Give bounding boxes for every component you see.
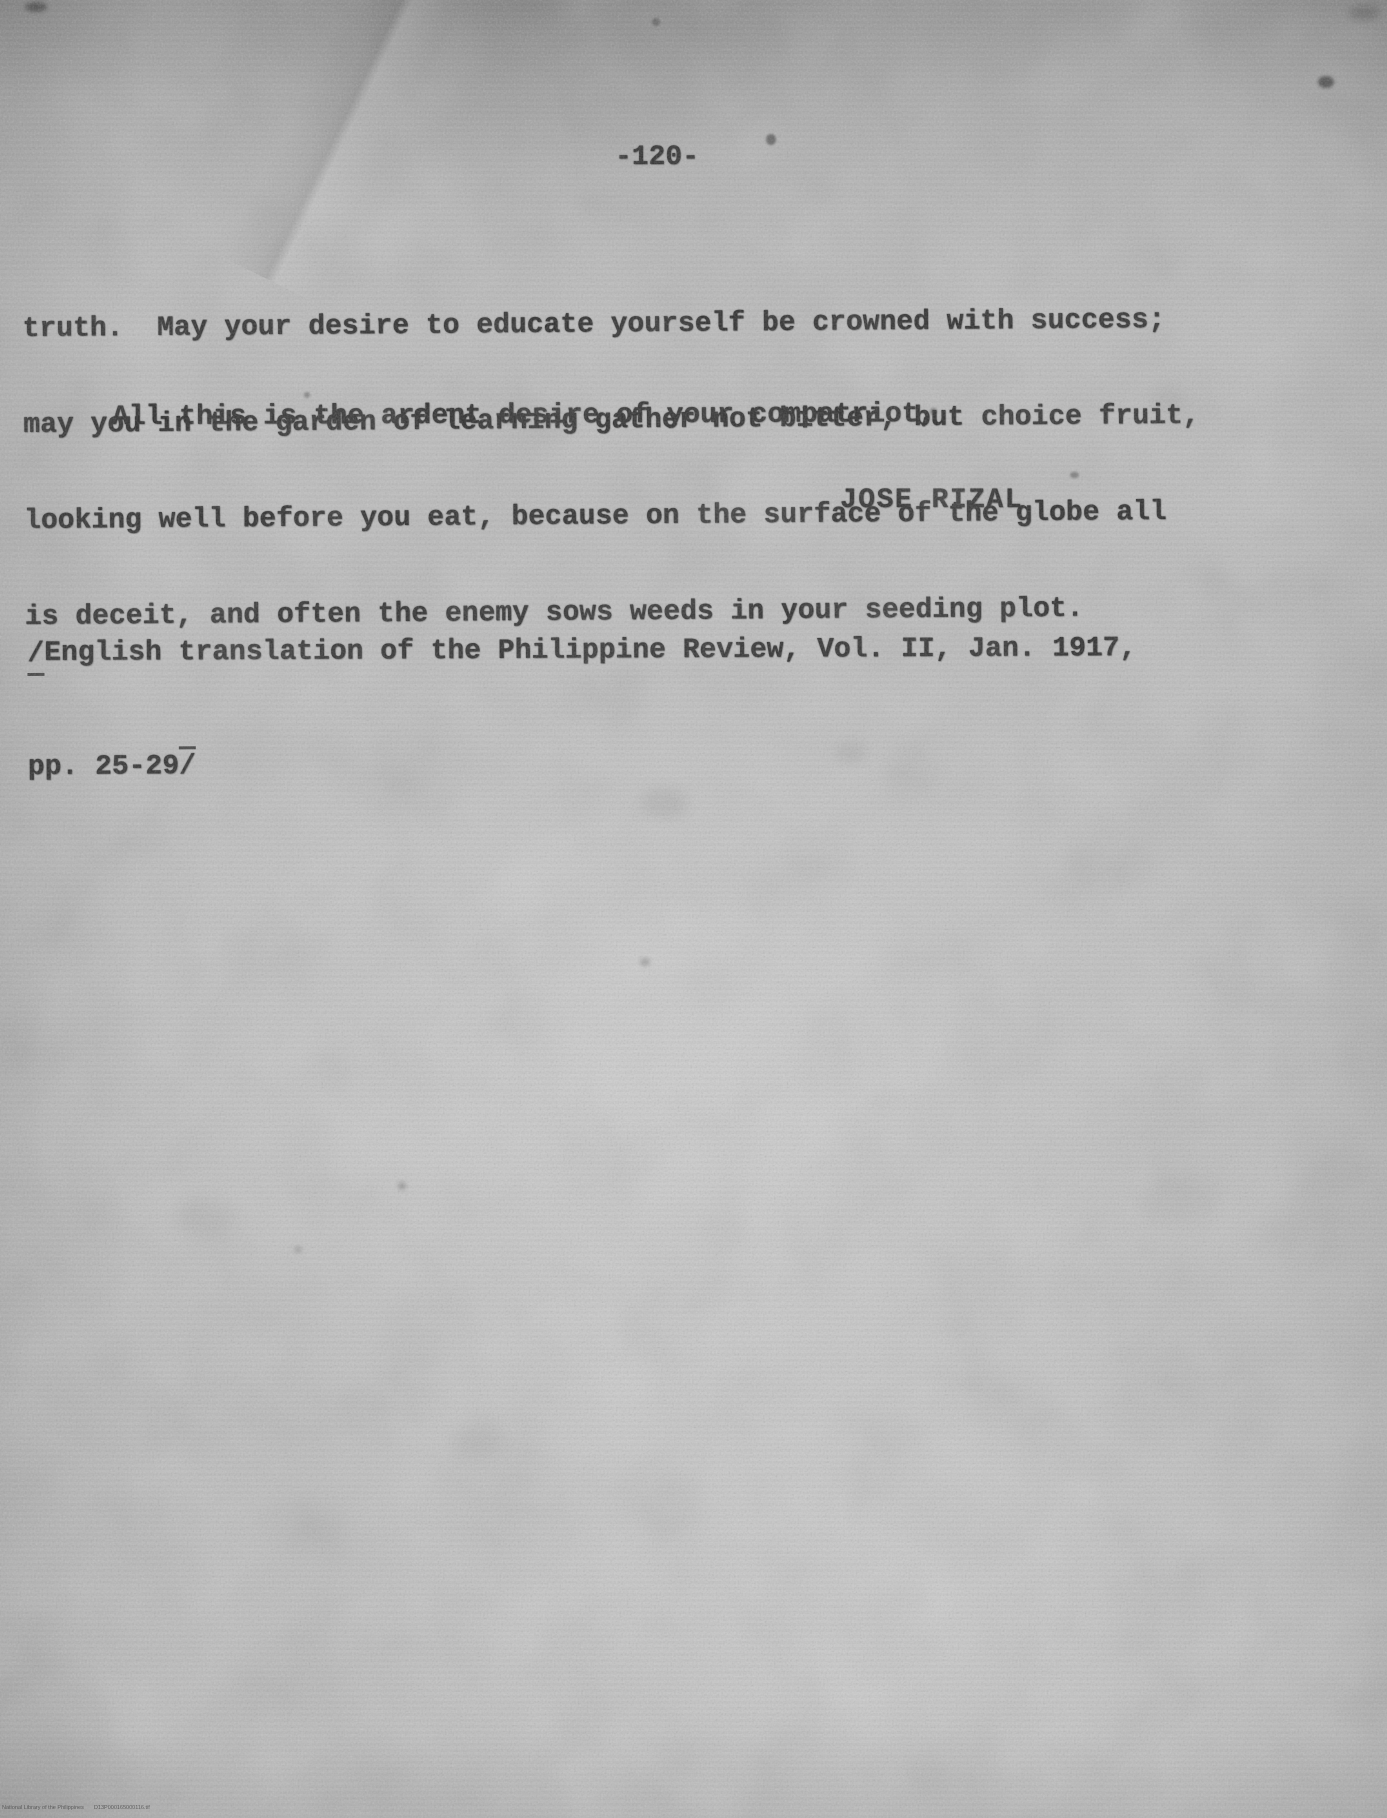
citation-line-2: pp. 25-29/ bbox=[28, 742, 1137, 786]
stain bbox=[1318, 76, 1334, 88]
typed-open-bracket: / bbox=[27, 637, 44, 676]
stain bbox=[176, 1198, 236, 1238]
stain bbox=[25, 2, 47, 12]
page-number: -120- bbox=[615, 142, 699, 173]
citation-text: English translation of the Philippine Re… bbox=[44, 633, 1136, 669]
stain bbox=[398, 1182, 406, 1190]
letter-closing-line: All this is the ardent desire of your co… bbox=[112, 399, 935, 433]
file-id: D13P000165000116.tif bbox=[94, 1805, 150, 1811]
scanned-letter-page: -120- truth. May your desire to educate … bbox=[0, 0, 1387, 1818]
citation-line-1: /English translation of the Philippine R… bbox=[27, 631, 1136, 675]
stain bbox=[766, 134, 776, 145]
signature: JOSE RIZAL bbox=[840, 485, 1023, 516]
text-line: truth. May your desire to educate yourse… bbox=[23, 305, 1199, 346]
citation: /English translation of the Philippine R… bbox=[27, 559, 1137, 858]
library-name: National Library of the Philippines bbox=[2, 1805, 84, 1811]
stain bbox=[640, 958, 650, 966]
citation-text: pp. 25-29 bbox=[28, 751, 179, 783]
stain bbox=[1348, 6, 1380, 20]
stain bbox=[652, 18, 660, 26]
typed-close-bracket: / bbox=[179, 746, 196, 785]
scan-watermark: National Library of the PhilippinesD13P0… bbox=[2, 1805, 150, 1811]
stain bbox=[294, 1246, 302, 1253]
stain bbox=[452, 1424, 502, 1460]
text-line: looking well before you eat, because on … bbox=[24, 497, 1200, 538]
stain bbox=[1146, 1178, 1216, 1224]
